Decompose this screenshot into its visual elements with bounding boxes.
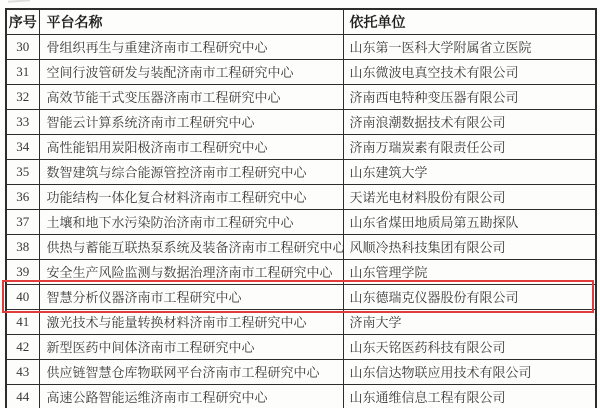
table-row: 31空间行波管研发与装配济南市工程研究中心山东微波电真空技术有限公司 — [6, 59, 596, 84]
cell-no: 43 — [6, 359, 39, 384]
cell-no: 36 — [6, 184, 39, 209]
table-row: 34高性能铝用炭阳极济南市工程研究中心济南万瑞炭素有限责任公司 — [6, 134, 596, 159]
cell-name: 高效节能干式变压器济南市工程研究中心 — [39, 84, 343, 109]
header-cell-name: 平台名称 — [39, 9, 343, 34]
cell-no: 34 — [6, 134, 39, 159]
cell-name: 土壤和地下水污染防治济南市工程研究中心 — [39, 209, 343, 234]
cell-name: 新型医药中间体济南市工程研究中心 — [39, 334, 343, 359]
cell-no: 31 — [6, 59, 39, 84]
table-row: 43供应链智慧仓库物联网平台济南市工程研究中心山东信达物联应用技术有限公司 — [6, 359, 596, 384]
table-row: 37土壤和地下水污染防治济南市工程研究中心山东省煤田地质局第五勘探队 — [6, 209, 596, 234]
cell-no: 44 — [6, 384, 39, 408]
table-row: 32高效节能干式变压器济南市工程研究中心济南西电特种变压器有限公司 — [6, 84, 596, 109]
table-row: 42新型医药中间体济南市工程研究中心山东天铭医药科技有限公司 — [6, 334, 596, 359]
cell-no: 42 — [6, 334, 39, 359]
cell-name: 高性能铝用炭阳极济南市工程研究中心 — [39, 134, 343, 159]
cell-unit: 山东信达物联应用技术有限公司 — [343, 359, 596, 384]
cell-unit: 济南西电特种变压器有限公司 — [343, 84, 596, 109]
cell-no: 30 — [6, 34, 39, 59]
cell-unit: 山东建筑大学 — [343, 159, 596, 184]
table-header: 序号 平台名称 依托单位 — [6, 9, 596, 34]
cell-no: 38 — [6, 234, 39, 259]
cell-unit: 山东省煤田地质局第五勘探队 — [343, 209, 596, 234]
table-row: 39安全生产风险监测与数据治理济南市工程研究中心山东管理学院 — [6, 259, 596, 284]
cell-name: 高速公路智能运维济南市工程研究中心 — [39, 384, 343, 408]
cell-name: 功能结构一体化复合材料济南市工程研究中心 — [39, 184, 343, 209]
cell-name: 供热与蓄能互联热泵系统及装备济南市工程研究中心 — [39, 234, 343, 259]
cell-unit: 济南浪潮数据技术有限公司 — [343, 109, 596, 134]
cell-no: 35 — [6, 159, 39, 184]
table-row: 33智能云计算系统济南市工程研究中心济南浪潮数据技术有限公司 — [6, 109, 596, 134]
header-cell-unit: 依托单位 — [343, 9, 596, 34]
cell-no: 32 — [6, 84, 39, 109]
table-row: 35数智建筑与综合能源管控济南市工程研究中心山东建筑大学 — [6, 159, 596, 184]
cell-unit: 天诺光电材料股份有限公司 — [343, 184, 596, 209]
table-body: 30骨组织再生与重建济南市工程研究中心山东第一医科大学附属省立医院31空间行波管… — [6, 34, 596, 408]
cell-no: 37 — [6, 209, 39, 234]
cell-unit: 山东通维信息工程有限公司 — [343, 384, 596, 408]
document-page: 序号 平台名称 依托单位 30骨组织再生与重建济南市工程研究中心山东第一医科大学… — [0, 0, 600, 408]
cell-unit: 山东管理学院 — [343, 259, 596, 284]
scan-artifact — [8, 0, 30, 3]
cell-unit: 济南大学 — [343, 309, 596, 334]
cell-no: 41 — [6, 309, 39, 334]
cell-name: 安全生产风险监测与数据治理济南市工程研究中心 — [39, 259, 343, 284]
cell-no: 40 — [6, 284, 39, 309]
cell-unit: 山东第一医科大学附属省立医院 — [343, 34, 596, 59]
cell-unit: 山东天铭医药科技有限公司 — [343, 334, 596, 359]
research-centers-table: 序号 平台名称 依托单位 30骨组织再生与重建济南市工程研究中心山东第一医科大学… — [5, 8, 597, 408]
table-row: 44高速公路智能运维济南市工程研究中心山东通维信息工程有限公司 — [6, 384, 596, 408]
table-row: 40智慧分析仪器济南市工程研究中心山东德瑞克仪器股份有限公司 — [6, 284, 596, 309]
table-row: 30骨组织再生与重建济南市工程研究中心山东第一医科大学附属省立医院 — [6, 34, 596, 59]
cell-name: 骨组织再生与重建济南市工程研究中心 — [39, 34, 343, 59]
cell-unit: 风顺冷热科技集团有限公司 — [343, 234, 596, 259]
cell-unit: 山东德瑞克仪器股份有限公司 — [343, 284, 596, 309]
header-row: 序号 平台名称 依托单位 — [6, 9, 596, 34]
table-row: 41激光技术与能量转换材料济南市工程研究中心济南大学 — [6, 309, 596, 334]
table-row: 38供热与蓄能互联热泵系统及装备济南市工程研究中心风顺冷热科技集团有限公司 — [6, 234, 596, 259]
cell-unit: 济南万瑞炭素有限责任公司 — [343, 134, 596, 159]
cell-name: 空间行波管研发与装配济南市工程研究中心 — [39, 59, 343, 84]
cell-name: 智慧分析仪器济南市工程研究中心 — [39, 284, 343, 309]
cell-name: 激光技术与能量转换材料济南市工程研究中心 — [39, 309, 343, 334]
cell-unit: 山东微波电真空技术有限公司 — [343, 59, 596, 84]
table-row: 36功能结构一体化复合材料济南市工程研究中心天诺光电材料股份有限公司 — [6, 184, 596, 209]
cell-name: 供应链智慧仓库物联网平台济南市工程研究中心 — [39, 359, 343, 384]
cell-no: 33 — [6, 109, 39, 134]
cell-no: 39 — [6, 259, 39, 284]
cell-name: 智能云计算系统济南市工程研究中心 — [39, 109, 343, 134]
cell-name: 数智建筑与综合能源管控济南市工程研究中心 — [39, 159, 343, 184]
header-cell-no: 序号 — [6, 9, 39, 34]
